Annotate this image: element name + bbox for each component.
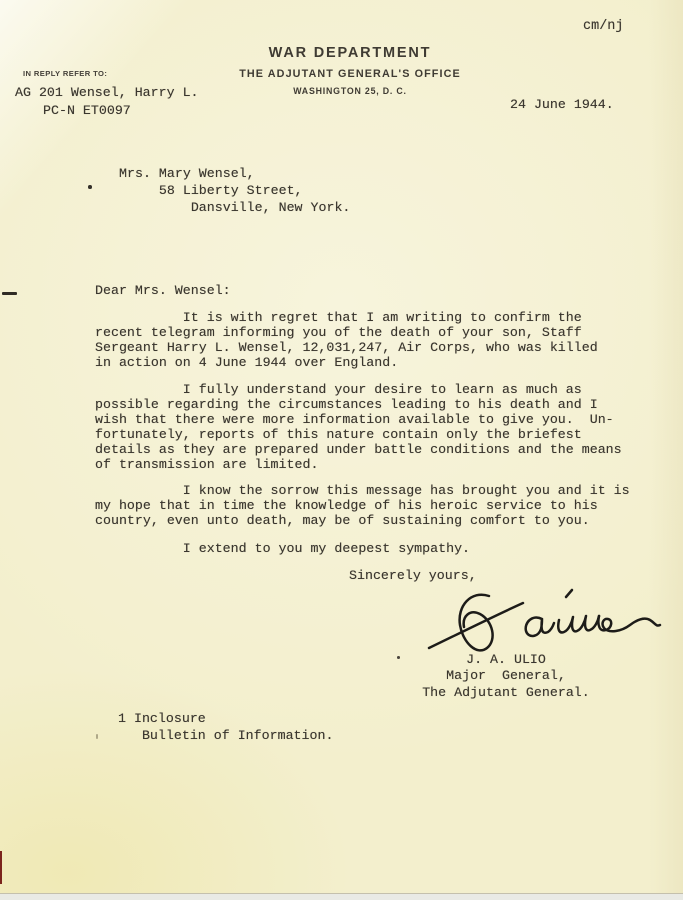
reference-label: IN REPLY REFER TO: <box>23 69 107 78</box>
signature-stroke <box>526 618 554 636</box>
body-paragraph-3: I know the sorrow this message has broug… <box>95 483 630 528</box>
date-line: 24 June 1944. <box>510 97 614 112</box>
body-line: details as they are prepared under battl… <box>95 442 622 457</box>
enclosure-count: 1 Inclosure <box>118 710 333 727</box>
body-line: It is with regret that I am writing to c… <box>95 310 598 325</box>
signature-stroke <box>566 590 572 597</box>
recipient-street: 58 Liberty Street, <box>119 182 350 199</box>
salutation: Dear Mrs. Wensel: <box>95 283 231 298</box>
recipient-city: Dansville, New York. <box>119 199 350 216</box>
letterhead-city: WASHINGTON 25, D. C. <box>229 86 471 96</box>
body-paragraph-2: I fully understand your desire to learn … <box>95 382 622 472</box>
signature-stroke <box>460 595 493 651</box>
letter-document: cm/nj WAR DEPARTMENT THE ADJUTANT GENERA… <box>0 0 683 900</box>
signer-rank: Major General, <box>400 668 612 684</box>
body-line: wish that there were more information av… <box>95 412 622 427</box>
body-line: fortunately, reports of this nature cont… <box>95 427 622 442</box>
handwritten-signature <box>426 586 662 660</box>
recipient-name: Mrs. Mary Wensel, <box>119 165 350 182</box>
body-paragraph-1: It is with regret that I am writing to c… <box>95 310 598 370</box>
reference-case-number: PC-N ET0097 <box>43 103 131 118</box>
recipient-address: Mrs. Mary Wensel, 58 Liberty Street, Dan… <box>119 165 350 217</box>
page-edge-artifact <box>0 851 2 884</box>
letterhead: WAR DEPARTMENT THE ADJUTANT GENERAL'S OF… <box>229 45 471 96</box>
enclosure-item: Bulletin of Information. <box>118 727 333 744</box>
body-line: of transmission are limited. <box>95 457 622 472</box>
signer-name: J. A. ULIO <box>400 652 612 668</box>
body-line: recent telegram informing you of the dea… <box>95 325 598 340</box>
typist-initials: cm/nj <box>583 19 624 34</box>
body-line: in action on 4 June 1944 over England. <box>95 355 598 370</box>
signature-block: J. A. ULIO Major General, The Adjutant G… <box>400 652 612 701</box>
signature-stroke <box>558 616 599 632</box>
signature-stroke <box>429 603 523 648</box>
body-line: I know the sorrow this message has broug… <box>95 483 630 498</box>
margin-dash-mark <box>2 292 17 295</box>
body-paragraph-4: I extend to you my deepest sympathy. <box>95 541 470 556</box>
body-line: Sergeant Harry L. Wensel, 12,031,247, Ai… <box>95 340 598 355</box>
body-line: my hope that in time the knowledge of hi… <box>95 498 630 513</box>
valediction: Sincerely yours, <box>349 568 477 583</box>
reference-file-number: AG 201 Wensel, Harry L. <box>15 85 199 100</box>
body-line: I fully understand your desire to learn … <box>95 382 622 397</box>
signature-stroke <box>598 616 660 631</box>
scanner-background-strip <box>0 893 683 900</box>
faint-ink-mark <box>96 734 98 739</box>
body-line: I extend to you my deepest sympathy. <box>95 541 470 556</box>
ink-dot-mark <box>397 656 400 659</box>
signer-title: The Adjutant General. <box>400 685 612 701</box>
enclosure-note: 1 Inclosure Bulletin of Information. <box>118 710 333 744</box>
letterhead-office: THE ADJUTANT GENERAL'S OFFICE <box>229 68 471 80</box>
ink-dot-mark <box>88 185 92 189</box>
letterhead-department: WAR DEPARTMENT <box>229 45 471 61</box>
body-line: country, even unto death, may be of sust… <box>95 513 630 528</box>
body-line: possible regarding the circumstances lea… <box>95 397 622 412</box>
